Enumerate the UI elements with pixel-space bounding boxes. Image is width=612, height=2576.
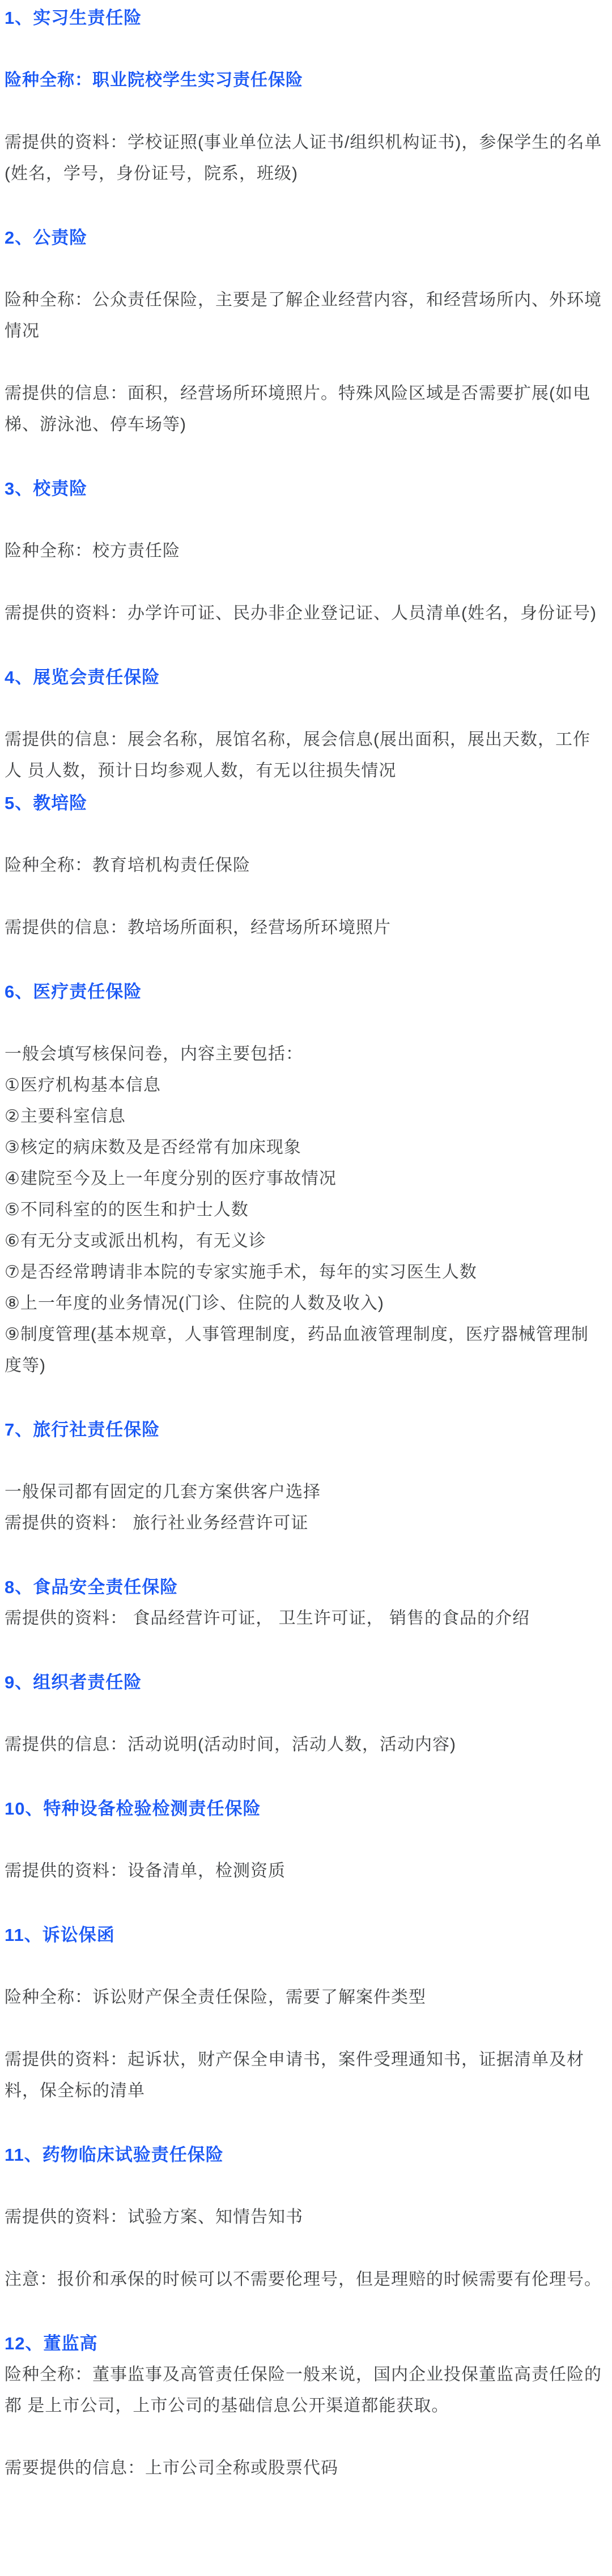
list-line: ⑦是否经常聘请非本院的专家实施手术，每年的实习医生人数: [5, 1257, 604, 1288]
paragraph: 险种全称：职业院校学生实习责任保险: [5, 65, 604, 96]
paragraph: 险种全称：诉讼财产保全责任保险，需要了解案件类型: [5, 1982, 604, 2013]
paragraph: 需提供的资料：起诉状，财产保全申请书，案件受理通知书，证据清单及材料，保全标的清…: [5, 2044, 604, 2106]
paragraph: 需提供的资料： 旅行社业务经营许可证: [5, 1508, 604, 1539]
section-heading: 5、教培险: [5, 787, 604, 819]
paragraph: 需提供的信息：教培场所面积，经营场所环境照片: [5, 912, 604, 943]
section-heading: 4、展览会责任保险: [5, 662, 604, 693]
paragraph: 需提供的信息：面积，经营场所环境照片。特殊风险区域是否需要扩展(如电梯、游泳池、…: [5, 378, 604, 440]
questionnaire-list: 一般会填写核保问卷，内容主要包括：①医疗机构基本信息②主要科室信息③核定的病床数…: [5, 1038, 604, 1381]
section-heading: 6、医疗责任保险: [5, 976, 604, 1007]
list-line: ①医疗机构基本信息: [5, 1070, 604, 1101]
section-heading: 7、旅行社责任保险: [5, 1414, 604, 1445]
section-heading: 12、董监高: [5, 2328, 604, 2359]
list-line: ⑧上一年度的业务情况(门诊、住院的人数及收入): [5, 1288, 604, 1319]
list-line: ②主要科室信息: [5, 1101, 604, 1132]
paragraph: 险种全称：公众责任保险，主要是了解企业经营内容，和经营场所内、外环境情况: [5, 284, 604, 347]
paragraph: 需提供的资料：设备清单，检测资质: [5, 1855, 604, 1887]
list-line: ⑨制度管理(基本规章，人事管理制度，药品血液管理制度，医疗器械管理制度等): [5, 1319, 604, 1381]
list-line: ⑥有无分支或派出机构，有无义诊: [5, 1225, 604, 1257]
section-heading: 1、实习生责任险: [5, 2, 604, 33]
paragraph: 需提供的信息：展会名称，展馆名称，展会信息(展出面积，展出天数，工作人 员人数，…: [5, 724, 604, 786]
paragraph: 需提供的资料：办学许可证、民办非企业登记证、人员清单(姓名，身份证号): [5, 598, 604, 629]
list-line: ④建院至今及上一年度分别的医疗事故情况: [5, 1163, 604, 1194]
section-heading: 10、特种设备检验检测责任保险: [5, 1793, 604, 1824]
section-heading: 8、食品安全责任保险: [5, 1572, 604, 1603]
section-heading: 2、公责险: [5, 222, 604, 253]
section-heading: 11、诉讼保函: [5, 1919, 604, 1951]
document-page: 1、实习生责任险险种全称：职业院校学生实习责任保险需提供的资料：学校证照(事业单…: [0, 0, 612, 2576]
list-line: 一般会填写核保问卷，内容主要包括：: [5, 1038, 604, 1070]
paragraph: 需提供的资料： 食品经营许可证， 卫生许可证， 销售的食品的介绍: [5, 1603, 604, 1634]
list-line: ⑤不同科室的的医生和护士人数: [5, 1194, 604, 1225]
paragraph: 险种全称：教育培机构责任保险: [5, 850, 604, 881]
section-heading: 3、校责险: [5, 473, 604, 504]
paragraph: 需提供的资料：试验方案、知情告知书: [5, 2202, 604, 2233]
list-line: ③核定的病床数及是否经常有加床现象: [5, 1132, 604, 1163]
paragraph: 险种全称：董事监事及高管责任保险一般来说，国内企业投保董监高责任险的都 是上市公…: [5, 2359, 604, 2421]
section-heading: 11、药物临床试验责任保险: [5, 2139, 604, 2170]
paragraph: 需提供的信息：活动说明(活动时间，活动人数，活动内容): [5, 1729, 604, 1760]
paragraph: 险种全称：校方责任险: [5, 535, 604, 567]
section-heading: 9、组织者责任险: [5, 1667, 604, 1698]
paragraph: 需提供的资料：学校证照(事业单位法人证书/组织机构证书)，参保学生的名单 (姓名…: [5, 127, 604, 189]
paragraph: 需要提供的信息：上市公司全称或股票代码: [5, 2452, 604, 2484]
paragraph: 注意：报价和承保的时候可以不需要伦理号，但是理赔的时候需要有伦理号。: [5, 2264, 604, 2295]
paragraph: 一般保司都有固定的几套方案供客户选择: [5, 1476, 604, 1508]
